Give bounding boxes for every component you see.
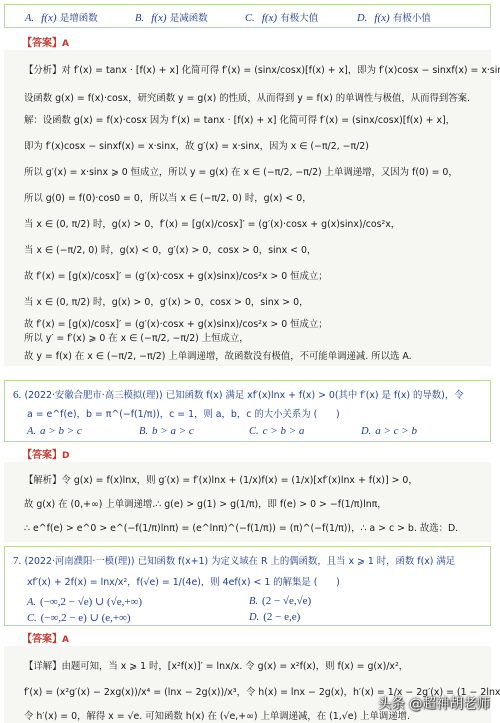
option-d: D. f(x) 有极小值 bbox=[357, 10, 431, 24]
question6-answer: 【答案】D bbox=[22, 446, 69, 461]
analysis-line: 【详解】由题可知，当 x ⩾ 1 时，[x²f(x)]′ = lnx/x. 令 … bbox=[24, 658, 408, 672]
analysis-line: 故 y = f(x) 在 x ∈ (−π/2, −π/2) 上单调递增，故函数没… bbox=[24, 348, 412, 362]
option-a: A.(−∞,2 − √e) ∪ (√e,+∞) bbox=[27, 595, 142, 608]
analysis-line: 故 g(x) 在 (0,+∞) 上单调递增.∴ g(e) > g(1) > g(… bbox=[24, 496, 387, 510]
option-c: C.c > b > a bbox=[249, 425, 304, 437]
analysis-line: 所以 g′(x) = x·sinx ⩾ 0 恒成立，所以 y = g(x) 在 … bbox=[24, 164, 458, 178]
question6-stem-line1: 6. (2022·安徽合肥市·高三模拟(理)) 已知函数 f(x) 满足 xf′… bbox=[13, 387, 464, 401]
analysis-line: 所以 g(0) = f(0)·cos0 = 0，所以当 x ∈ (−π/2, 0… bbox=[24, 190, 312, 204]
analysis-line: 即为 f′(x)cosx − sinxf(x) = x·sinx，故 g′(x)… bbox=[24, 138, 369, 152]
question6-box: 6. (2022·安徽合肥市·高三模拟(理)) 已知函数 f(x) 满足 xf′… bbox=[4, 380, 491, 442]
analysis-line: 当 x ∈ (−π/2, 0) 时，g(x) < 0，g′(x) > 0，cos… bbox=[24, 242, 316, 256]
option-d: D.a > c > b bbox=[361, 425, 417, 437]
analysis-line: 设函数 g(x) = f(x)·cosx，研究函数 y = g(x) 的性质，从… bbox=[24, 90, 470, 104]
question6-stem-line2: a = e^f(e)，b = π^(−f(1/π))，c = 1，则 a，b，c… bbox=[27, 406, 340, 420]
option-b: B.b > a > c bbox=[139, 425, 194, 437]
analysis-line: 令 h′(x) = 0，解得 x = √e. 可知函数 h(x) 在 (√e,+… bbox=[24, 708, 410, 722]
analysis-line: 当 x ∈ (0, π/2) 时，g(x) > 0，f′(x) = [g(x)/… bbox=[24, 216, 400, 230]
watermark: 头条 @超神胡老师 bbox=[378, 692, 490, 712]
question5-options-box: A. f(x) 是增函数 B. f(x) 是减函数 C. f(x) 有极大值 D… bbox=[4, 4, 491, 28]
question6-analysis: 【解析】令 g(x) = f(x)lnx，则 g′(x) = f′(x)lnx … bbox=[4, 462, 491, 542]
analysis-line: 当 x ∈ (0, π/2) 时，g(x) > 0，g′(x) > 0，cosx… bbox=[24, 294, 308, 308]
question7-stem-line2: xf′(x) + 2f(x) = lnx/x²，f(√e) = 1/(4e)，则… bbox=[27, 574, 340, 588]
option-a: A. f(x) 是增函数 bbox=[25, 10, 98, 24]
question7-answer: 【答案】A bbox=[22, 630, 69, 645]
option-b: B.(2 − √e,√e) bbox=[249, 595, 311, 607]
analysis-line: 【分析】对 f′(x) = tanx · [f(x) + x] 化简可得 f′(… bbox=[24, 62, 500, 76]
question7-stem-line1: 7. (2022·河南濮阳·一模(理)) 已知函数 f(x+1) 为定义域在 R… bbox=[13, 553, 455, 567]
option-c: C. f(x) 有极大值 bbox=[245, 10, 318, 24]
option-c: C.(−∞,2 − e) ∪ (e,+∞) bbox=[27, 611, 131, 624]
question5-analysis: 【分析】对 f′(x) = tanx · [f(x) + x] 化简可得 f′(… bbox=[4, 50, 491, 366]
analysis-line: 所以 y′ = f′(x) ⩾ 0 在 x ∈ (−π/2, −π/2) 上恒成… bbox=[24, 330, 249, 344]
option-b: B. f(x) 是减函数 bbox=[135, 10, 208, 24]
question5-answer: 【答案】A bbox=[22, 34, 69, 49]
analysis-line: ∴ e^f(e) > e^0 > e^(−f(1/π)lnπ) = (e^lnπ… bbox=[24, 520, 458, 534]
analysis-line: 故 f′(x) = [g(x)/cosx]′ = (g′(x)·cosx + g… bbox=[24, 268, 328, 282]
option-d: D.(2 − e,e) bbox=[249, 611, 300, 623]
document-page: A. f(x) 是增函数 B. f(x) 是减函数 C. f(x) 有极大值 D… bbox=[0, 0, 500, 723]
question7-box: 7. (2022·河南濮阳·一模(理)) 已知函数 f(x+1) 为定义域在 R… bbox=[4, 546, 491, 626]
analysis-line: 故 f′(x) = [g(x)/cosx]′ = (g′(x)·cosx + g… bbox=[24, 316, 328, 330]
analysis-line: 解：设函数 g(x) = f(x)·cosx 因为 f′(x) = tanx ·… bbox=[24, 112, 455, 126]
option-a: A.a > b > c bbox=[27, 425, 82, 437]
analysis-line: 【解析】令 g(x) = f(x)lnx，则 g′(x) = f′(x)lnx … bbox=[24, 472, 418, 486]
